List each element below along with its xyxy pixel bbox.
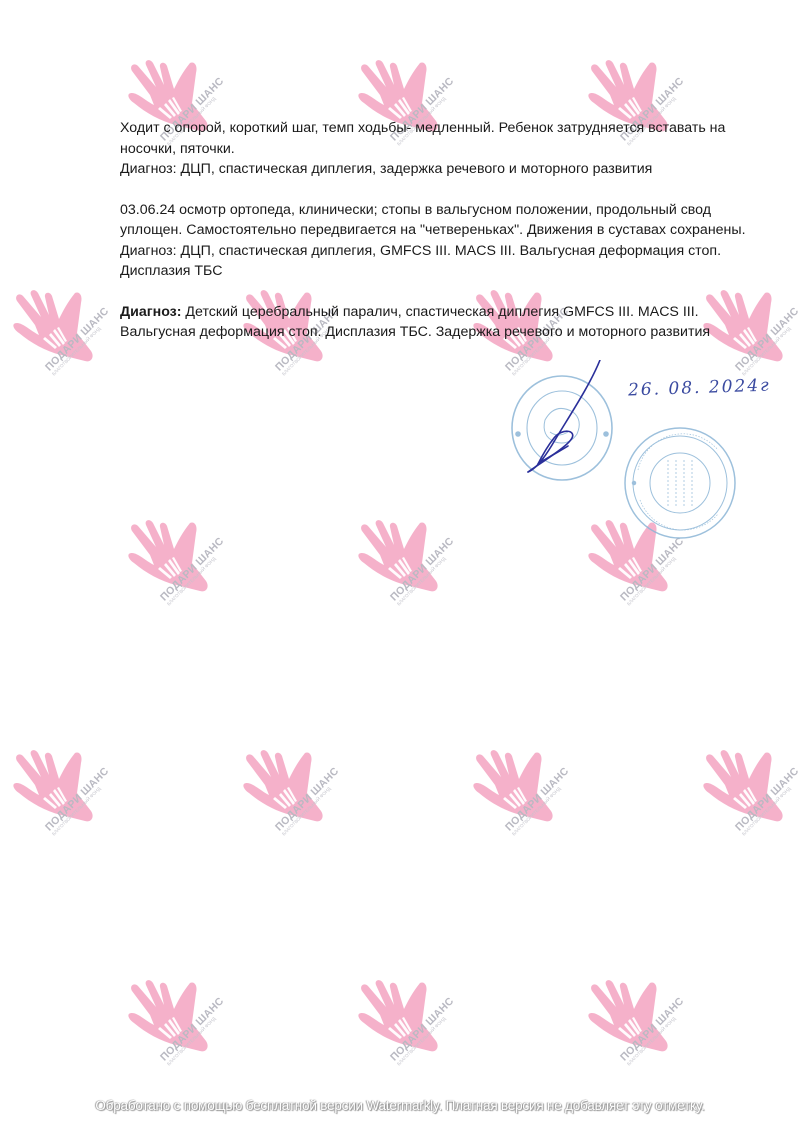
exam-paragraph: Ходит с опорой, короткий шаг, темп ходьб… [120,118,760,180]
hands-icon [350,515,450,605]
text-line: 03.06.24 осмотр ортопеда, клинически; ст… [120,200,760,221]
charity-watermark: ПОДАРИ ШАНСБЛАГОТВОРИТЕЛЬНЫЙ ФОНД [580,975,710,1115]
watermark-subtitle: БЛАГОТВОРИТЕЛЬНЫЙ ФОНД [166,1016,217,1067]
charity-watermark: ПОДАРИ ШАНСБЛАГОТВОРИТЕЛЬНЫЙ ФОНД [120,975,250,1115]
watermark-title: ПОДАРИ ШАНС [388,535,456,603]
charity-watermark: ПОДАРИ ШАНСБЛАГОТВОРИТЕЛЬНЫЙ ФОНД [0,975,20,1115]
text-line: Диагноз: Детский церебральный паралич, с… [120,302,760,323]
diagnosis-text: Детский церебральный паралич, спастическ… [181,304,698,320]
charity-watermark: ПОДАРИ ШАНСБЛАГОТВОРИТЕЛЬНЫЙ ФОНД [350,975,480,1115]
charity-watermark: ПОДАРИ ШАНСБЛАГОТВОРИТЕЛЬНЫЙ ФОНД [235,745,365,885]
document-body: Ходит с опорой, короткий шаг, темп ходьб… [120,118,760,363]
text-line: носочки, пяточки. [120,139,760,160]
charity-watermark: ПОДАРИ ШАНСБЛАГОТВОРИТЕЛЬНЫЙ ФОНД [0,55,20,195]
watermark-subtitle: БЛАГОТВОРИТЕЛЬНЫЙ ФОНД [51,786,102,837]
watermark-title: ПОДАРИ ШАНС [733,765,800,833]
hands-icon [5,285,105,375]
text-line: Дисплазия ТБС [120,261,760,282]
charity-watermark: ПОДАРИ ШАНСБЛАГОТВОРИТЕЛЬНЫЙ ФОНД [5,745,135,885]
charity-watermark: ПОДАРИ ШАНСБЛАГОТВОРИТЕЛЬНЫЙ ФОНД [350,515,480,655]
final-diagnosis: Диагноз: Детский церебральный паралич, с… [120,302,760,343]
hands-icon [465,745,565,835]
hands-icon [350,975,450,1065]
hands-icon [695,745,795,835]
watermark-subtitle: БЛАГОТВОРИТЕЛЬНЫЙ ФОНД [396,556,447,607]
text-line: Диагноз: ДЦП, спастическая диплегия, GMF… [120,241,760,262]
watermark-subtitle: БЛАГОТВОРИТЕЛЬНЫЙ ФОНД [626,556,677,607]
watermark-subtitle: БЛАГОТВОРИТЕЛЬНЫЙ ФОНД [741,786,792,837]
hands-icon [120,975,220,1065]
charity-watermark: ПОДАРИ ШАНСБЛАГОТВОРИТЕЛЬНЫЙ ФОНД [695,745,800,885]
text-line: Ходит с опорой, короткий шаг, темп ходьб… [120,118,760,139]
signature-area: 26. 08. 2024г [500,360,780,550]
watermark-title: ПОДАРИ ШАНС [158,995,226,1063]
watermark-title: ПОДАРИ ШАНС [43,305,111,373]
watermark-subtitle: БЛАГОТВОРИТЕЛЬНЫЙ ФОНД [511,786,562,837]
watermark-subtitle: БЛАГОТВОРИТЕЛЬНЫЙ ФОНД [626,1016,677,1067]
diagnosis-label: Диагноз: [120,304,181,320]
text-line: уплощен. Самостоятельно передвигается на… [120,220,760,241]
watermark-subtitle: БЛАГОТВОРИТЕЛЬНЫЙ ФОНД [166,556,217,607]
watermark-subtitle: БЛАГОТВОРИТЕЛЬНЫЙ ФОНД [281,786,332,837]
hands-icon [580,975,680,1065]
watermark-title: ПОДАРИ ШАНС [158,535,226,603]
charity-watermark: ПОДАРИ ШАНСБЛАГОТВОРИТЕЛЬНЫЙ ФОНД [120,515,250,655]
watermark-title: ПОДАРИ ШАНС [503,765,571,833]
watermark-subtitle: БЛАГОТВОРИТЕЛЬНЫЙ ФОНД [51,326,102,377]
watermark-subtitle: БЛАГОТВОРИТЕЛЬНЫЙ ФОНД [396,1016,447,1067]
watermark-title: ПОДАРИ ШАНС [273,765,341,833]
orthopedist-paragraph: 03.06.24 осмотр ортопеда, клинически; ст… [120,200,760,282]
watermark-title: ПОДАРИ ШАНС [618,995,686,1063]
charity-watermark: ПОДАРИ ШАНСБЛАГОТВОРИТЕЛЬНЫЙ ФОНД [0,515,20,655]
charity-watermark: ПОДАРИ ШАНСБЛАГОТВОРИТЕЛЬНЫЙ ФОНД [465,745,595,885]
hands-icon [235,745,335,835]
watermarkly-footer-note: Обработано с помощью бесплатной версии W… [0,1098,800,1113]
hands-icon [5,745,105,835]
text-line: Диагноз: ДЦП, спастическая диплегия, зад… [120,159,760,180]
charity-watermark: ПОДАРИ ШАНСБЛАГОТВОРИТЕЛЬНЫЙ ФОНД [5,285,135,425]
watermark-title: ПОДАРИ ШАНС [43,765,111,833]
hands-icon [120,515,220,605]
watermark-title: ПОДАРИ ШАНС [388,995,456,1063]
text-line: Вальгусная деформация стоп. Дисплазия ТБ… [120,322,760,343]
